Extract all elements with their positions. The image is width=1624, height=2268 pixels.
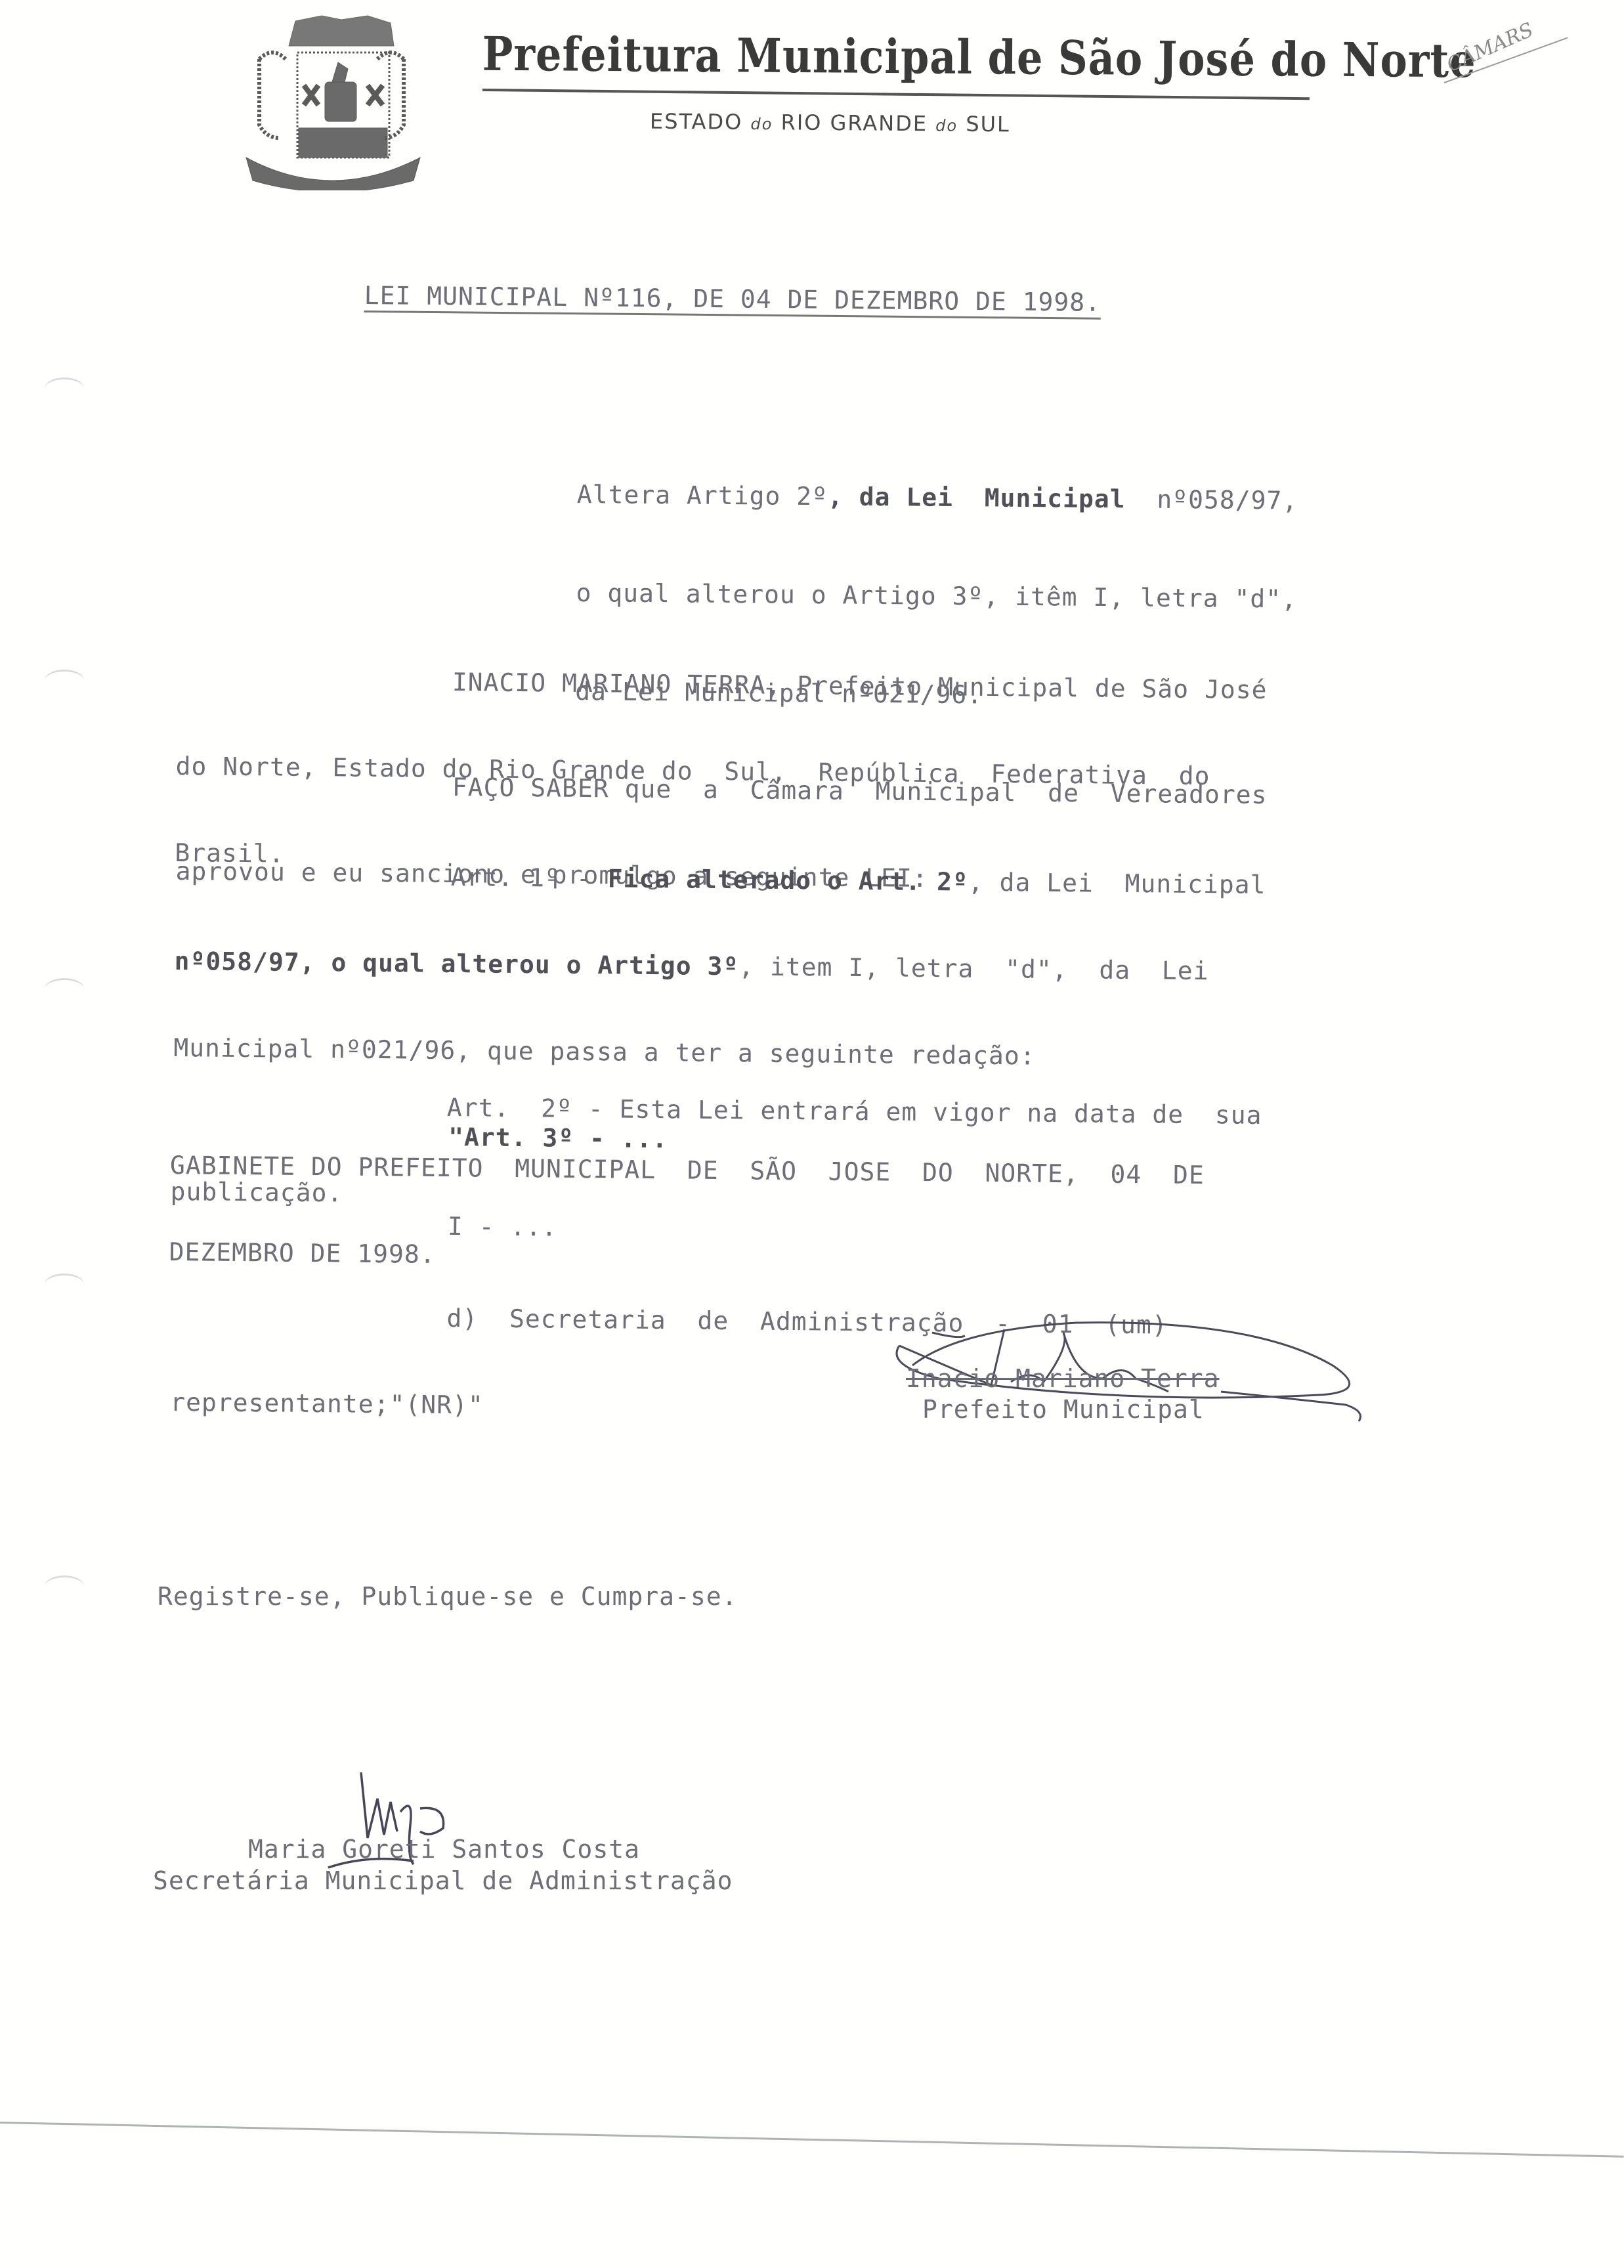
punch-hole-mark	[45, 1575, 84, 1597]
article-bold-text: Fica alterado o Art. 2º	[607, 864, 968, 896]
article-text: , item I, letra "d", da Lei	[738, 952, 1209, 985]
summary-text: nº058/97,	[1125, 484, 1298, 515]
cabinet-line: DEZEMBRO DE 1998.	[169, 1237, 1203, 1276]
state-prefix: ESTADO	[650, 109, 743, 135]
secretary-title: Secretária Municipal de Administração	[153, 1866, 733, 1895]
summary-bold-text: , da Lei Municipal	[828, 482, 1126, 513]
law-title: LEI MUNICIPAL Nº116, DE 04 DE DEZEMBRO D…	[364, 281, 1101, 317]
secretary-name: Maria Goreti Santos Costa	[248, 1835, 640, 1864]
preamble-line: INACIO MARIANO TERRA, Prefeito Municipal…	[177, 665, 1268, 704]
article-1-line: Art. 1º - Fica alterado o Art. 2º, da Le…	[175, 860, 1266, 899]
summary-text: Altera Artigo 2º	[577, 480, 828, 511]
article-label: Art. 1º -	[451, 863, 608, 893]
punch-hole-mark	[45, 377, 84, 399]
scanned-document-page: Prefeitura Municipal de São José do Nort…	[0, 0, 1624, 2268]
institution-name: Prefeitura Municipal de São José do Nort…	[482, 26, 1310, 87]
state-do: do	[935, 116, 958, 135]
cabinet-line: GABINETE DO PREFEITO MUNICIPAL DE SÃO JO…	[170, 1151, 1205, 1189]
punch-hole-mark	[45, 1273, 84, 1295]
summary-line: Altera Artigo 2º, da Lei Municipal nº058…	[577, 478, 1298, 517]
article-bold-text: nº058/97, o qual alterou o Artigo 3º	[174, 947, 738, 981]
state-do: do	[750, 115, 773, 133]
closing-formula: Registre-se, Publique-se e Cumpra-se.	[158, 1582, 737, 1611]
article-1-line: nº058/97, o qual alterou o Artigo 3º, it…	[174, 947, 1265, 986]
coat-of-arms-icon	[233, 7, 430, 190]
letterhead-rule	[482, 89, 1310, 100]
mayor-name: Inacio Mariano Terra	[906, 1364, 1220, 1393]
state-line: ESTADO do RIO GRANDE do SUL	[650, 109, 1010, 137]
fold-line	[0, 2122, 1623, 2158]
punch-hole-mark	[45, 670, 84, 691]
article-text: , da Lei Municipal	[968, 868, 1266, 899]
state-suffix: SUL	[966, 112, 1010, 137]
punch-hole-mark	[45, 978, 84, 1000]
state-name: RIO GRANDE	[780, 110, 928, 136]
mayor-title: Prefeito Municipal	[922, 1395, 1205, 1424]
summary-line: o qual alterou o Artigo 3º, itêm I, letr…	[576, 576, 1297, 616]
cabinet-dateline: GABINETE DO PREFEITO MUNICIPAL DE SÃO JO…	[169, 1093, 1205, 1334]
